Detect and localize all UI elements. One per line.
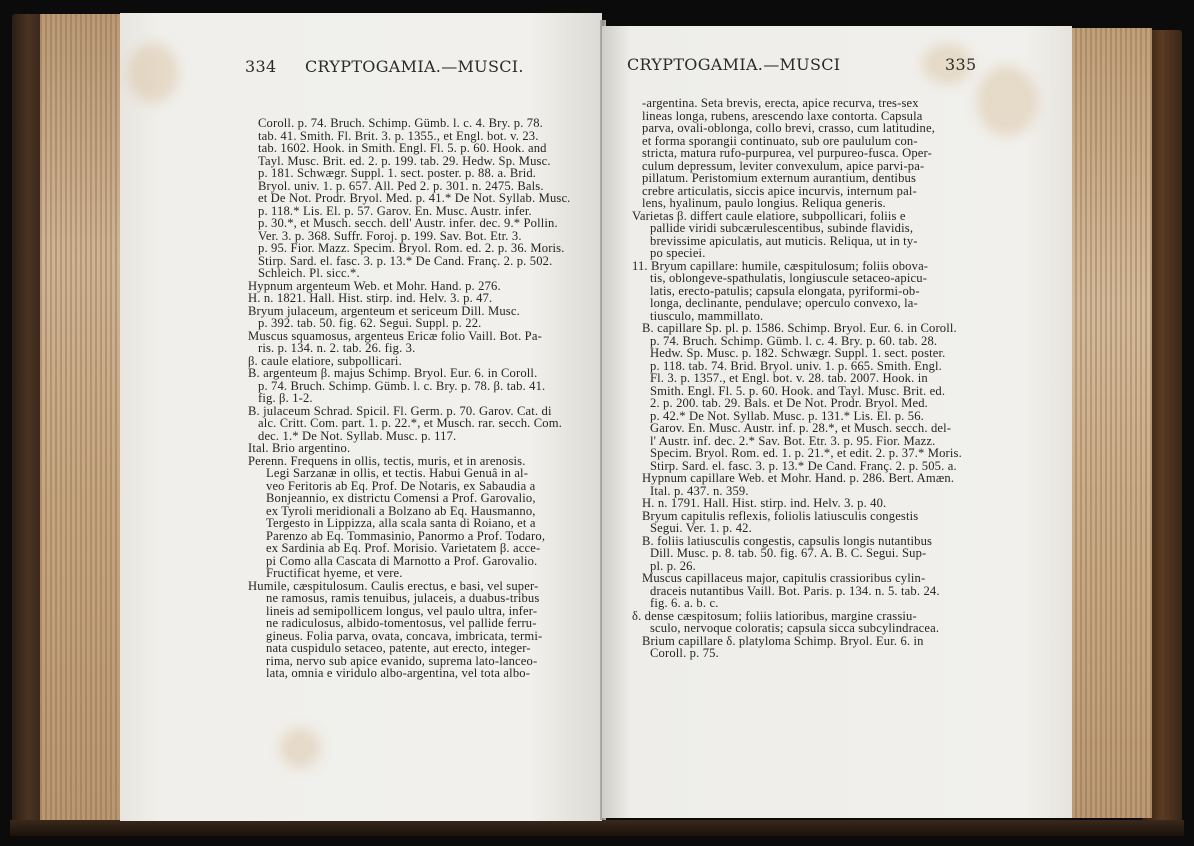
text-line: Legi Sarzanæ in ollis, et tectis. Habui … xyxy=(248,467,576,480)
text-line: sculo, nervoque coloratis; capsula sicca… xyxy=(632,622,962,635)
text-line: B. argenteum β. majus Schimp. Bryol. Eur… xyxy=(248,367,576,380)
text-line: po speciei. xyxy=(632,247,962,260)
text-line: H. n. 1791. Hall. Hist. stirp. ind. Helv… xyxy=(632,497,962,510)
running-head-right: CRYPTOGAMIA.—MUSCI 335 xyxy=(627,55,1012,75)
text-line: fig. β. 1-2. xyxy=(248,392,576,405)
right-page: CRYPTOGAMIA.—MUSCI 335 -argentina. Seta … xyxy=(602,26,1072,818)
text-line: longa, declinante, pendulave; operculo c… xyxy=(632,297,962,310)
text-line: ne ramosus, ramis tenuibus, julaceis, a … xyxy=(248,592,576,605)
text-line: Dill. Musc. p. 8. tab. 50. fig. 67. A. B… xyxy=(632,547,962,560)
text-line: Coroll. p. 74. Bruch. Schimp. Gümb. l. c… xyxy=(248,117,576,130)
text-line: Bonjeannio, ex districtu Comensi a Prof.… xyxy=(248,492,576,505)
text-line: lens, hyalinum, paulo longius. Reliqua g… xyxy=(632,197,962,210)
foxing-stain xyxy=(280,728,320,768)
text-line: tab. 1602. Hook. in Smith. Engl. Fl. 5. … xyxy=(248,142,576,155)
text-line: pallide viridi subcærulescentibus, subin… xyxy=(632,222,962,235)
foxing-stain xyxy=(977,66,1037,136)
text-line: alc. Critt. Com. part. 1. p. 22.*, et Mu… xyxy=(248,417,576,430)
text-line: et De Not. Prodr. Bryol. Med. p. 41.* De… xyxy=(248,192,576,205)
text-line: Segui. Ver. 1. p. 42. xyxy=(632,522,962,535)
body-text-right: -argentina. Seta brevis, erecta, apice r… xyxy=(632,97,962,660)
text-line: nata cuspidulo setaceo, patente, aut ere… xyxy=(248,642,576,655)
text-line: lata, omnia e viridulo albo-argentina, v… xyxy=(248,667,576,680)
running-head-left: 334 CRYPTOGAMIA.—MUSCI. xyxy=(245,57,575,77)
text-line: Fructificat hyeme, et vere. xyxy=(248,567,576,580)
text-line: Specim. Bryol. Rom. ed. 1. p. 21.*, et e… xyxy=(632,447,962,460)
foxing-stain xyxy=(128,43,178,103)
text-line: p. 181. Schwægr. Suppl. 1. sect. poster.… xyxy=(248,167,576,180)
text-line: Hedw. Sp. Musc. p. 182. Schwægr. Suppl. … xyxy=(632,347,962,360)
text-line: p. 30.*, et Musch. secch. dell' Austr. i… xyxy=(248,217,576,230)
text-line: Tergesto in Lippizza, alla scala santa d… xyxy=(248,517,576,530)
running-title-left: CRYPTOGAMIA.—MUSCI. xyxy=(305,57,524,76)
text-line: H. n. 1821. Hall. Hist. stirp. ind. Helv… xyxy=(248,292,576,305)
left-page: 334 CRYPTOGAMIA.—MUSCI. Coroll. p. 74. B… xyxy=(120,13,602,821)
text-line: 2. p. 200. tab. 29. Bals. et De Not. Pro… xyxy=(632,397,962,410)
text-line: Ital. Brio argentino. xyxy=(248,442,576,455)
text-line: Schleich. Pl. sicc.*. xyxy=(248,267,576,280)
text-line: B. capillare Sp. pl. p. 1586. Schimp. Br… xyxy=(632,322,962,335)
text-line: parva, ovali-oblonga, collo brevi, crass… xyxy=(632,122,962,135)
text-line: Coroll. p. 75. xyxy=(632,647,962,660)
text-line: tis, oblongeve-spathulatis, longiuscule … xyxy=(632,272,962,285)
text-line: p. 392. tab. 50. fig. 62. Segui. Suppl. … xyxy=(248,317,576,330)
text-line: Garov. En. Musc. Austr. inf. p. 28.*, et… xyxy=(632,422,962,435)
text-line: stricta, matura rufo-purpurea, vel purpu… xyxy=(632,147,962,160)
page-edges-left xyxy=(40,14,120,820)
text-line: Fl. 3. p. 1357., et Engl. bot. v. 28. ta… xyxy=(632,372,962,385)
text-line: ris. p. 134. n. 2. tab. 26. fig. 3. xyxy=(248,342,576,355)
text-line: Muscus capillaceus major, capitulis cras… xyxy=(632,572,962,585)
text-line: p. 95. Fior. Mazz. Specim. Bryol. Rom. e… xyxy=(248,242,576,255)
book-cover-bottom xyxy=(10,820,1184,836)
text-line: Hypnum capillare Web. et Mohr. Hand. p. … xyxy=(632,472,962,485)
text-line: ne radiculosus, albido-tomentosus, vel p… xyxy=(248,617,576,630)
text-line: ex Sardinia ab Eq. Prof. Morisio. Variet… xyxy=(248,542,576,555)
running-title-right: CRYPTOGAMIA.—MUSCI xyxy=(627,55,840,74)
page-number-left: 334 xyxy=(245,57,276,76)
page-number-right: 335 xyxy=(945,55,976,74)
text-line: -argentina. Seta brevis, erecta, apice r… xyxy=(632,97,962,110)
open-book: 334 CRYPTOGAMIA.—MUSCI. Coroll. p. 74. B… xyxy=(10,10,1184,836)
page-edges-right xyxy=(1070,28,1152,818)
text-line: fig. 6. a. b. c. xyxy=(632,597,962,610)
text-line: pillatum. Peristomium externum aurantium… xyxy=(632,172,962,185)
body-text-left: Coroll. p. 74. Bruch. Schimp. Gümb. l. c… xyxy=(248,117,576,680)
